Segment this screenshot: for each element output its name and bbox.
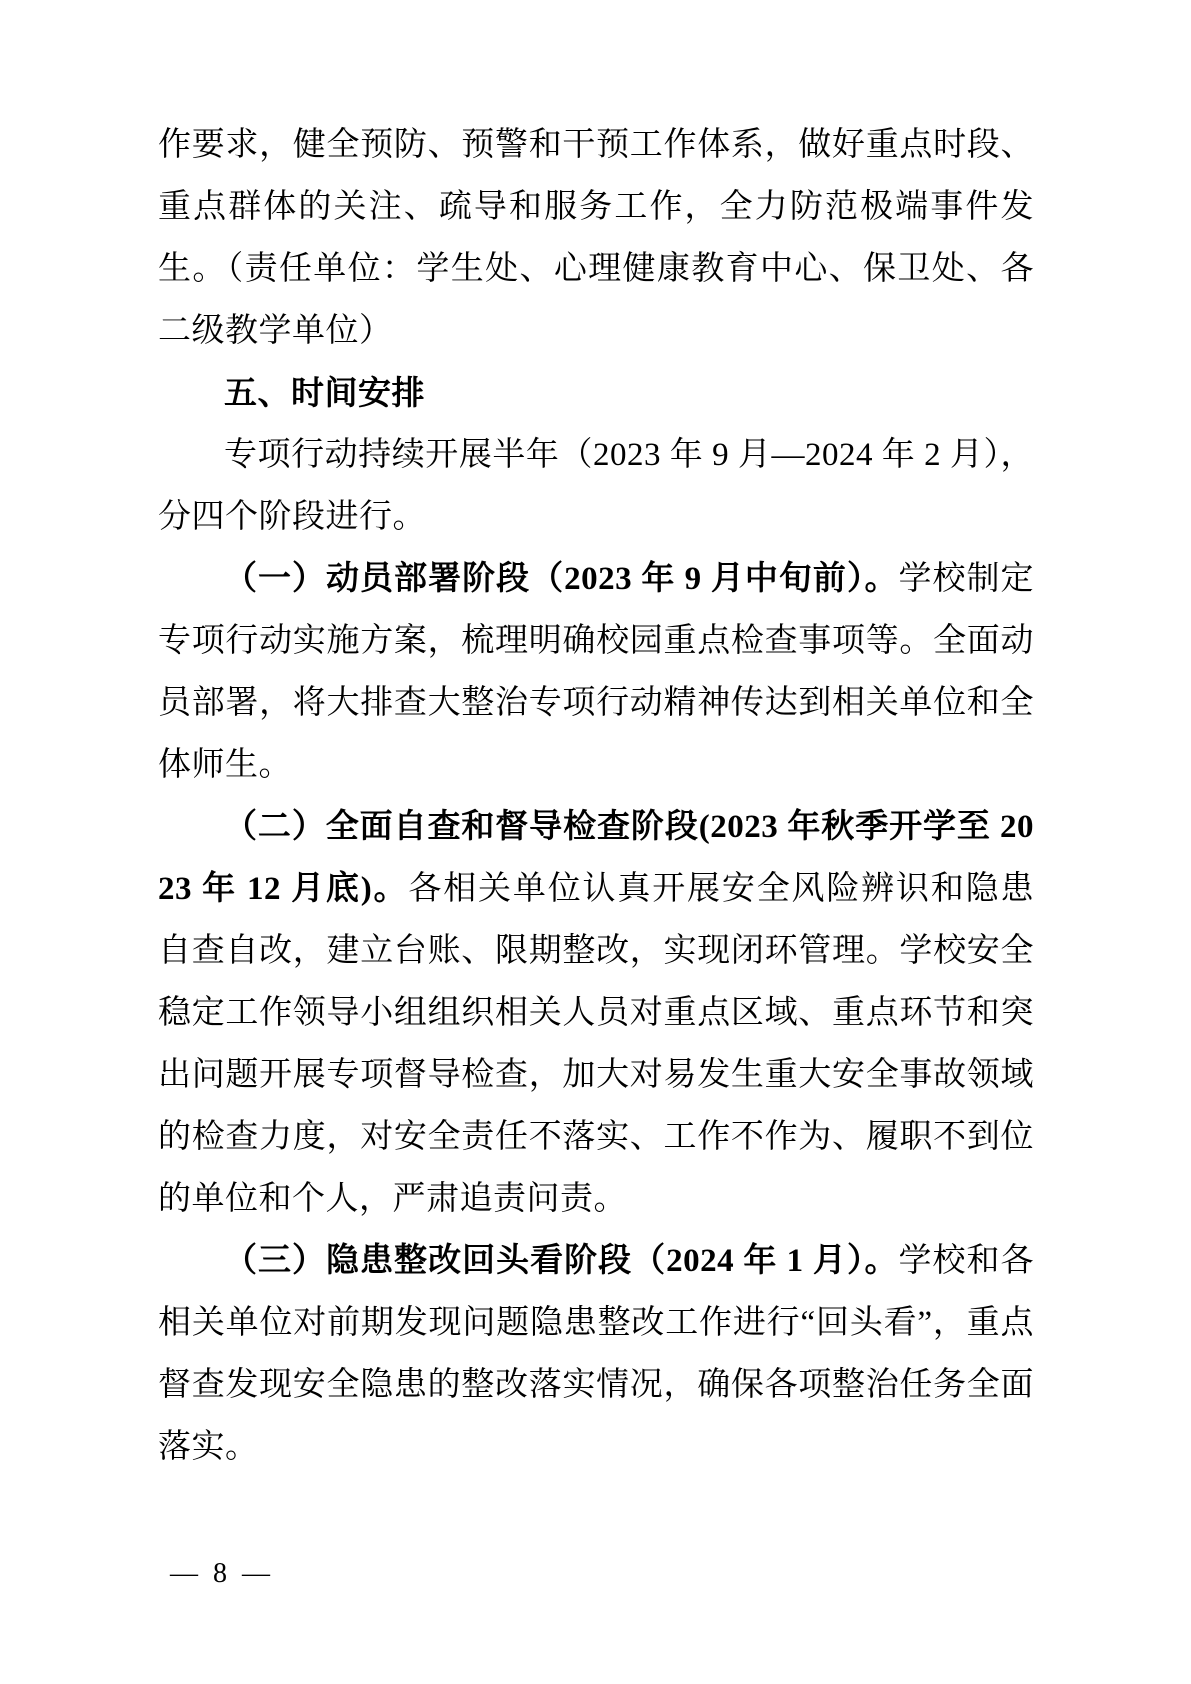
bold-segment: （三）隐患整改回头看阶段（2024 年 1 月）。: [224, 1243, 898, 1279]
text-segment: 作要求，健全预防、预警和干预工作体系，做好重点时段、重点群体的关注、疏导和服务工…: [158, 127, 1034, 349]
phase-1-paragraph: （一）动员部署阶段（2023 年 9 月中旬前）。学校制定专项行动实施方案，梳理…: [158, 548, 1034, 796]
text-segment: 专项行动持续开展半年（2023 年 9 月—2024 年 2 月），分四个阶段进…: [158, 437, 1034, 535]
text-segment: 各相关单位认真开展安全风险辨识和隐患自查自改，建立台账、限期整改，实现闭环管理。…: [158, 871, 1034, 1217]
page-number: — 8 —: [170, 1558, 274, 1589]
page-footer: — 8 —: [170, 1552, 274, 1596]
intro-paragraph: 专项行动持续开展半年（2023 年 9 月—2024 年 2 月），分四个阶段进…: [158, 424, 1034, 548]
document-body: 作要求，健全预防、预警和干预工作体系，做好重点时段、重点群体的关注、疏导和服务工…: [158, 114, 1034, 1478]
bold-segment: 五、时间安排: [224, 374, 425, 411]
continuation-paragraph: 作要求，健全预防、预警和干预工作体系，做好重点时段、重点群体的关注、疏导和服务工…: [158, 114, 1034, 362]
section-heading-time-arrangement: 五、时间安排: [158, 362, 1034, 424]
bold-segment: （一）动员部署阶段（2023 年 9 月中旬前）。: [224, 561, 898, 597]
document-page: 作要求，健全预防、预警和干预工作体系，做好重点时段、重点群体的关注、疏导和服务工…: [0, 0, 1191, 1684]
phase-2-paragraph: （二）全面自查和督导检查阶段(2023 年秋季开学至 2023 年 12 月底)…: [158, 796, 1034, 1230]
phase-3-paragraph: （三）隐患整改回头看阶段（2024 年 1 月）。学校和各相关单位对前期发现问题…: [158, 1230, 1034, 1478]
